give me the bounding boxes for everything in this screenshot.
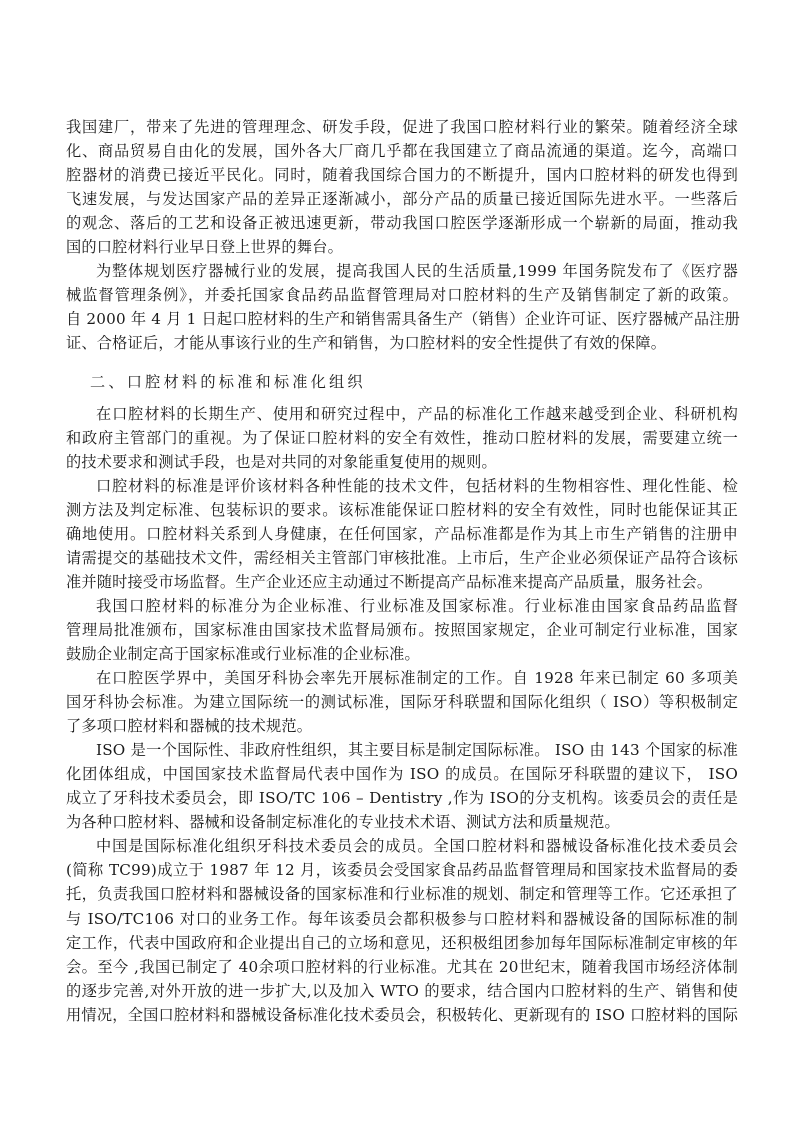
- text-line: 的技术要求和测试手段，也是对共同的对象能重复使用的规则。: [66, 450, 738, 474]
- paragraph-iso: ISO 是一个国际性、非政府性组织，其主要目标是制定国际标准。 ISO 由 14…: [66, 738, 738, 834]
- text-line: 化、商品贸易自由化的发展，国外各大厂商几乎都在我国建立了商品流通的渠道。迄今，高…: [66, 139, 738, 163]
- paragraph-standardization-importance: 在口腔材料的长期生产、使用和研究过程中，产品的标准化工作越来越受到企业、科研机构…: [66, 402, 738, 474]
- text-line: ISO 是一个国际性、非政府性组织，其主要目标是制定国际标准。 ISO 由 14…: [66, 738, 738, 762]
- text-line: 和政府主管部门的重视。为了保证口腔材料的安全有效性，推动口腔材料的发展，需要建立…: [66, 426, 738, 450]
- text-line: 国的口腔材料行业早日登上世界的舞台。: [66, 235, 738, 259]
- text-line: 测方法及判定标准、包装标识的要求。该标准能保证口腔材料的安全有效性，同时也能保证…: [66, 498, 738, 522]
- document-page: 我国建厂，带来了先进的管理理念、研发手段，促进了我国口腔材料行业的繁荣。随着经济…: [66, 115, 738, 1027]
- text-line: 械监督管理条例》，并委托国家食品药品监督管理局对口腔材料的生产及销售制定了新的政…: [66, 283, 738, 307]
- text-line: 鼓励企业制定高于国家标准或行业标准的企业标准。: [66, 642, 738, 666]
- text-line: 与 ISO/TC106 对口的业务工作。每年该委员会都积极参与口腔材料和器械设备…: [66, 907, 738, 931]
- text-line: 在口腔材料的长期生产、使用和研究过程中，产品的标准化工作越来越受到企业、科研机构: [66, 402, 738, 426]
- text-line: 腔器材的消费已接近平民化。同时，随着我国综合国力的不断提升，国内口腔材料的研发也…: [66, 163, 738, 187]
- text-line: (简称 TC99)成立于 1987 年 12 月，该委员会受国家食品药品监督管理…: [66, 858, 738, 882]
- text-line: 管理局批准颁布，国家标准由国家技术监督局颁布。按照国家规定，企业可制定行业标准，…: [66, 618, 738, 642]
- text-line: 了多项口腔材料和器械的技术规范。: [66, 714, 738, 738]
- text-line: 化团体组成，中国国家技术监督局代表中国作为 ISO 的成员。在国际牙科联盟的建议…: [66, 762, 738, 786]
- text-line: 的逐步完善,对外开放的进一步扩大,以及加入 WTO 的要求，结合国内口腔材料的生…: [66, 979, 738, 1003]
- text-line: 托，负责我国口腔材料和器械设备的国家标准和行业标准的规划、制定和管理等工作。它还…: [66, 882, 738, 906]
- text-line: 成立了牙科技术委员会，即 ISO/TC 106 – Dentistry ,作为 …: [66, 786, 738, 810]
- text-line: 会。至今 ,我国已制定了 40余项口腔材料的行业标准。尤其在 20世纪末，随着我…: [66, 955, 738, 979]
- text-line: 准并随时接受市场监督。生产企业还应主动通过不断提高产品标准来提高产品质量，服务社…: [66, 570, 738, 594]
- text-line: 用情况，全国口腔材料和器械设备标准化技术委员会，积极转化、更新现有的 ISO 口…: [66, 1003, 738, 1027]
- paragraph-standard-types: 我国口腔材料的标准分为企业标准、行业标准及国家标准。行业标准由国家食品药品监督 …: [66, 594, 738, 666]
- text-line: 的观念、落后的工艺和设备正被迅速更新，带动我国口腔医学逐渐形成一个崭新的局面，推…: [66, 211, 738, 235]
- text-line: 自 2000 年 4 月 1 日起口腔材料的生产和销售需具备生产（销售）企业许可…: [66, 307, 738, 331]
- text-line: 我国建厂，带来了先进的管理理念、研发手段，促进了我国口腔材料行业的繁荣。随着经济…: [66, 115, 738, 139]
- text-line: 在口腔医学界中，美国牙科协会率先开展标准制定的工作。自 1928 年来已制定 6…: [66, 666, 738, 690]
- text-line: 定工作，代表中国政府和企业提出自己的立场和意见，还积极组团参加每年国际标准制定审…: [66, 931, 738, 955]
- paragraph-regulation: 为整体规划医疗器械行业的发展，提高我国人民的生活质量,1999 年国务院发布了《…: [66, 259, 738, 355]
- section-heading: 二、口腔材料的标准和标准化组织: [66, 370, 738, 394]
- text-line: 为整体规划医疗器械行业的发展，提高我国人民的生活质量,1999 年国务院发布了《…: [66, 259, 738, 283]
- text-line: 确地使用。口腔材料关系到人身健康，在任何国家，产品标准都是作为其上市生产销售的注…: [66, 522, 738, 546]
- text-line: 国牙科协会标准。为建立国际统一的测试标准，国际牙科联盟和国际化组织（ ISO）等…: [66, 690, 738, 714]
- text-line: 中国是国际标准化组织牙科技术委员会的成员。全国口腔材料和器械设备标准化技术委员会: [66, 834, 738, 858]
- paragraph-standard-definition: 口腔材料的标准是评价该材料各种性能的技术文件，包括材料的生物相容性、理化性能、检…: [66, 474, 738, 594]
- paragraph-ada-history: 在口腔医学界中，美国牙科协会率先开展标准制定的工作。自 1928 年来已制定 6…: [66, 666, 738, 738]
- text-line: 飞速发展，与发达国家产品的差异正逐渐减小，部分产品的质量已接近国际先进水平。一些…: [66, 187, 738, 211]
- text-line: 为各种口腔材料、器械和设备制定标准化的专业技术术语、测试方法和质量规范。: [66, 810, 738, 834]
- paragraph-tc99: 中国是国际标准化组织牙科技术委员会的成员。全国口腔材料和器械设备标准化技术委员会…: [66, 834, 738, 1026]
- paragraph-industry-development: 我国建厂，带来了先进的管理理念、研发手段，促进了我国口腔材料行业的繁荣。随着经济…: [66, 115, 738, 259]
- text-line: 口腔材料的标准是评价该材料各种性能的技术文件，包括材料的生物相容性、理化性能、检: [66, 474, 738, 498]
- text-line: 我国口腔材料的标准分为企业标准、行业标准及国家标准。行业标准由国家食品药品监督: [66, 594, 738, 618]
- text-line: 证、合格证后，才能从事该行业的生产和销售，为口腔材料的安全性提供了有效的保障。: [66, 331, 738, 355]
- text-line: 请需提交的基础技术文件，需经相关主管部门审核批准。上市后，生产企业必须保证产品符…: [66, 546, 738, 570]
